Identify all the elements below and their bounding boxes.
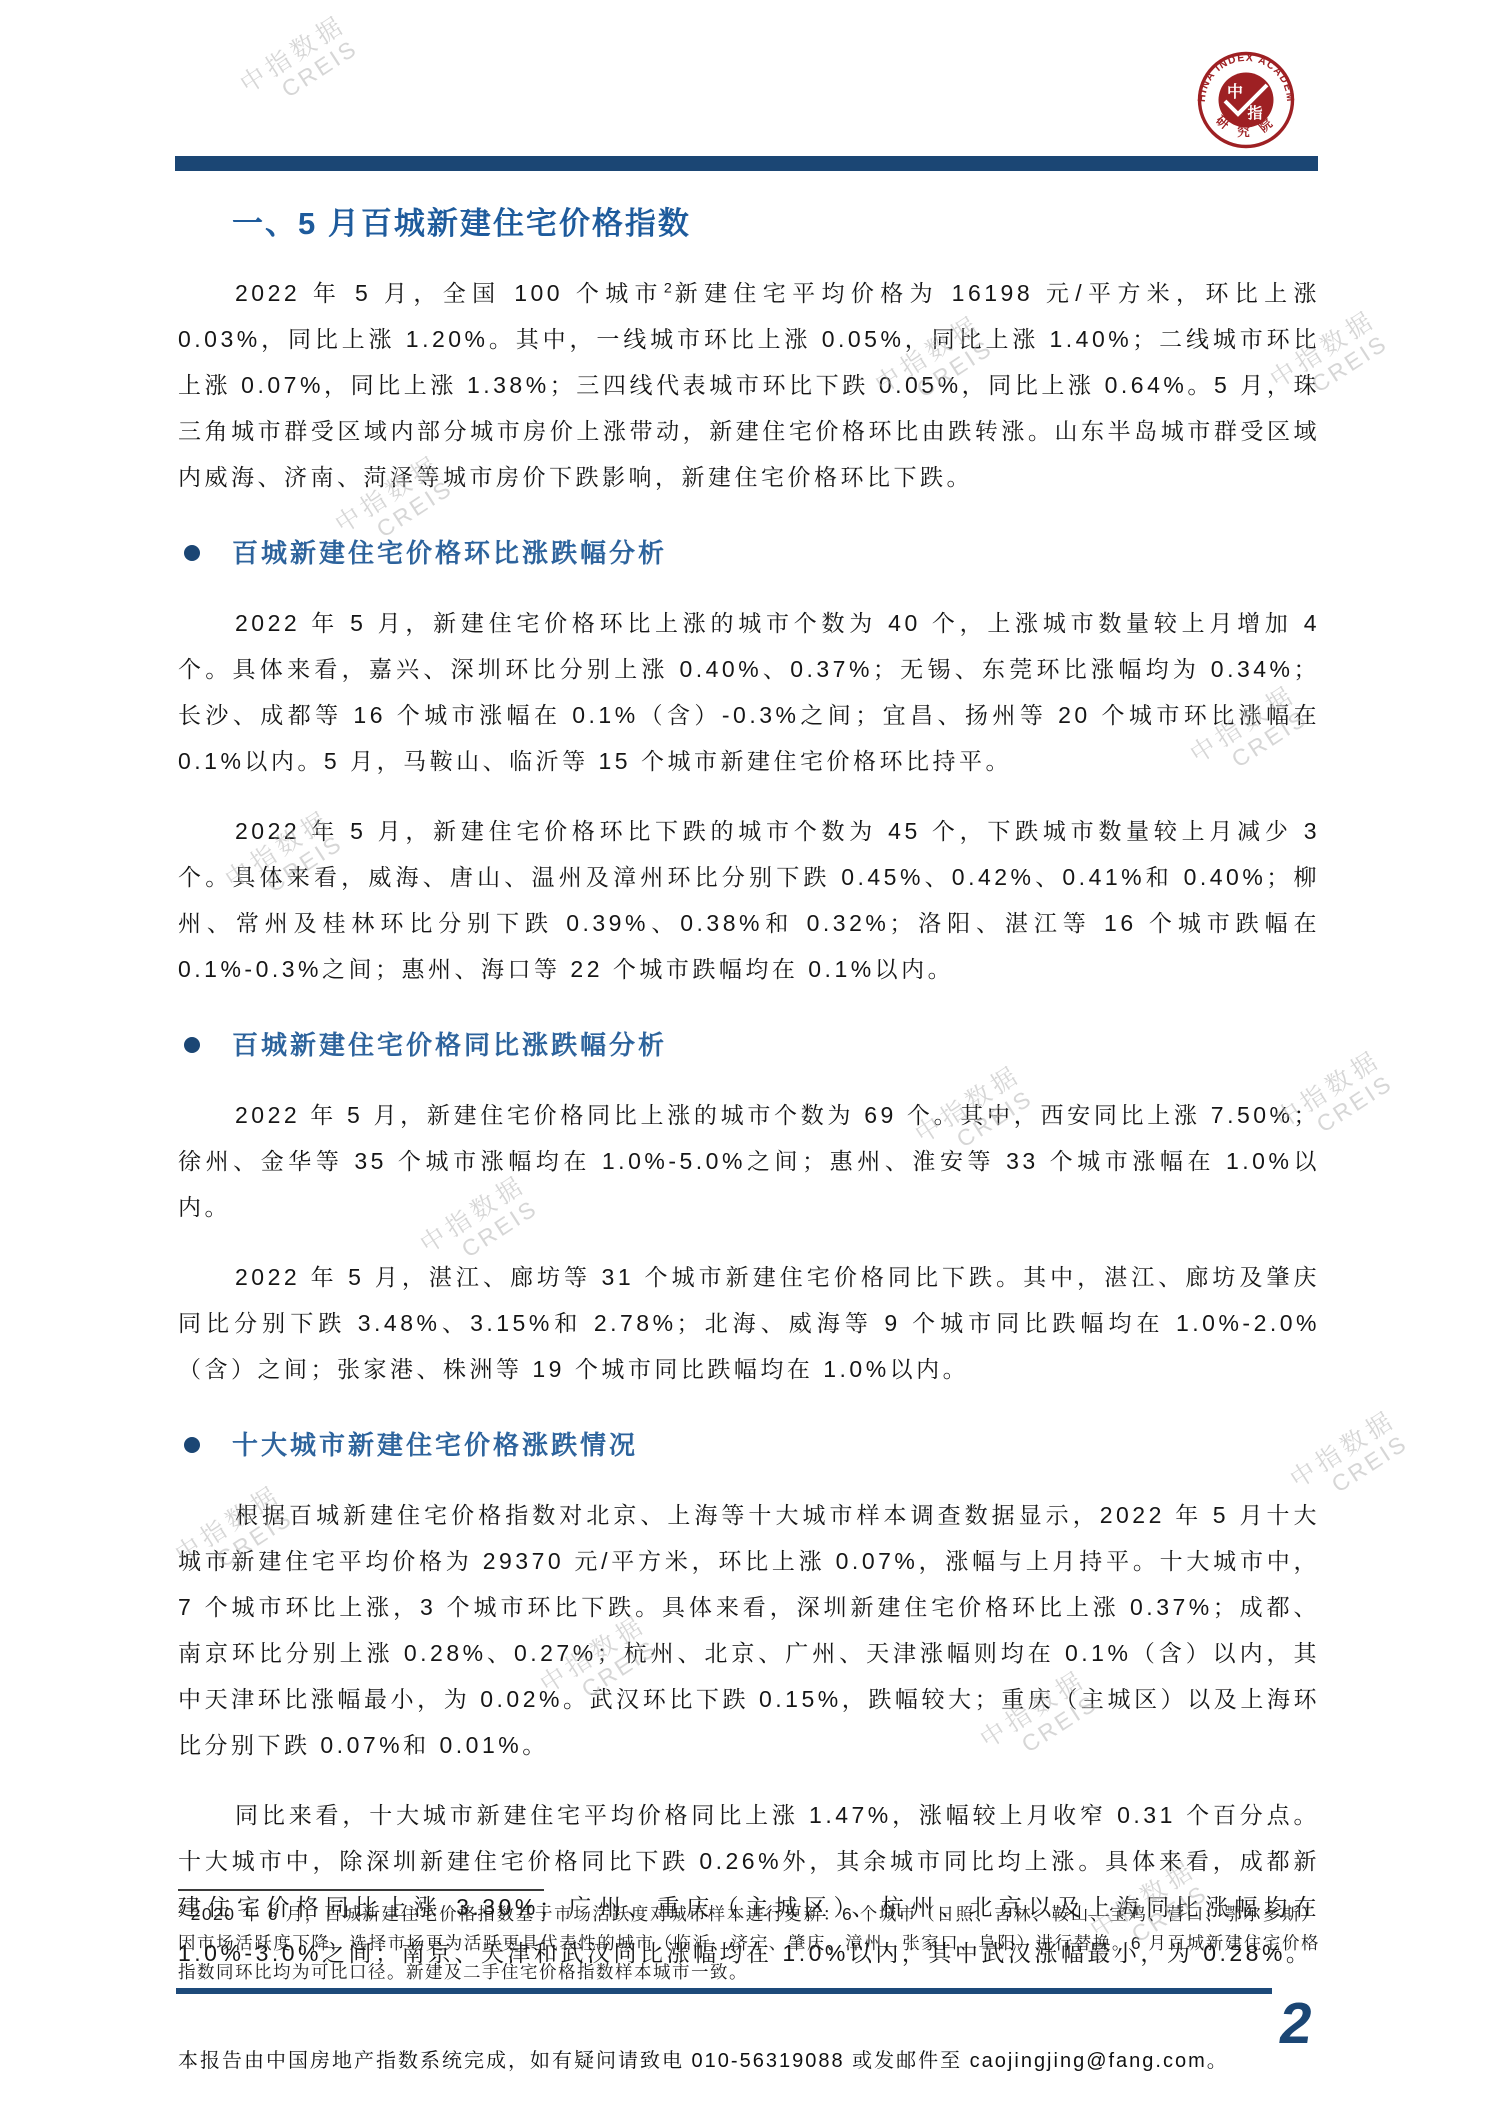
bullet-icon bbox=[184, 1037, 200, 1053]
seal-icon: CHINA INDEX ACADEMY 研 究 院 中 指 bbox=[1196, 50, 1296, 150]
body-paragraph: 2022 年 5 月，新建住宅价格环比上涨的城市个数为 40 个，上涨城市数量较… bbox=[178, 600, 1320, 784]
footnote-body: 2020 年 6 月，百城新建住宅价格指数基于市场活跃度对城市样本进行更新：6 … bbox=[178, 1904, 1320, 1982]
bullet-icon bbox=[184, 1437, 200, 1453]
document-body: 一、5 月百城新建住宅价格指数 2022 年 5 月，全国 100 个城市2新建… bbox=[178, 194, 1320, 1976]
page-number: 2 bbox=[1275, 1990, 1317, 2057]
section-heading-label: 百城新建住宅价格环比涨跌幅分析 bbox=[232, 530, 667, 576]
footnote-text: 2 2020 年 6 月，百城新建住宅价格指数基于市场活跃度对城市样本进行更新：… bbox=[178, 1900, 1320, 1987]
section-heading-mom-analysis: 百城新建住宅价格环比涨跌幅分析 bbox=[178, 530, 1320, 576]
section-heading-label: 十大城市新建住宅价格涨跌情况 bbox=[232, 1422, 638, 1468]
header-divider-bar bbox=[175, 156, 1318, 171]
intro-paragraph: 2022 年 5 月，全国 100 个城市2新建住宅平均价格为 16198 元/… bbox=[178, 270, 1320, 500]
svg-text:指: 指 bbox=[1246, 105, 1262, 122]
svg-text:中: 中 bbox=[1227, 83, 1243, 101]
creis-watermark: 中指数据CREIS bbox=[236, 11, 364, 119]
intro-text-pre: 2022 年 5 月，全国 100 个城市 bbox=[235, 280, 664, 306]
footnote-divider bbox=[178, 1889, 544, 1891]
section-heading-yoy-analysis: 百城新建住宅价格同比涨跌幅分析 bbox=[178, 1022, 1320, 1068]
report-page: 中指数据CREIS中指数据CREIS中指数据CREIS中指数据CREIS中指数据… bbox=[0, 0, 1488, 2104]
footer-divider-bar bbox=[176, 1988, 1272, 1994]
section-heading-label: 百城新建住宅价格同比涨跌幅分析 bbox=[232, 1022, 667, 1068]
footnote-block: 2 2020 年 6 月，百城新建住宅价格指数基于市场活跃度对城市样本进行更新：… bbox=[178, 1889, 1320, 1987]
body-paragraph: 根据百城新建住宅价格指数对北京、上海等十大城市样本调查数据显示，2022 年 5… bbox=[178, 1492, 1320, 1768]
page-title: 一、5 月百城新建住宅价格指数 bbox=[232, 202, 1320, 246]
section-heading-top-ten-cities: 十大城市新建住宅价格涨跌情况 bbox=[178, 1422, 1320, 1468]
footnote-reference: 2 bbox=[664, 280, 672, 296]
body-paragraph: 2022 年 5 月，新建住宅价格同比上涨的城市个数为 69 个。其中，西安同比… bbox=[178, 1092, 1320, 1230]
footer-contact-text: 本报告由中国房地产指数系统完成，如有疑问请致电 010-56319088 或发邮… bbox=[178, 2044, 1229, 2073]
bullet-icon bbox=[184, 545, 200, 561]
body-paragraph: 2022 年 5 月，湛江、廊坊等 31 个城市新建住宅价格同比下跌。其中，湛江… bbox=[178, 1254, 1320, 1392]
intro-text-post: 新建住宅平均价格为 16198 元/平方米，环比上涨 0.03%，同比上涨 1.… bbox=[178, 280, 1320, 490]
footnote-marker: 2 bbox=[178, 1904, 184, 1916]
china-index-academy-logo-icon: CHINA INDEX ACADEMY 研 究 院 中 指 bbox=[1196, 50, 1296, 150]
body-paragraph: 2022 年 5 月，新建住宅价格环比下跌的城市个数为 45 个，下跌城市数量较… bbox=[178, 808, 1320, 992]
